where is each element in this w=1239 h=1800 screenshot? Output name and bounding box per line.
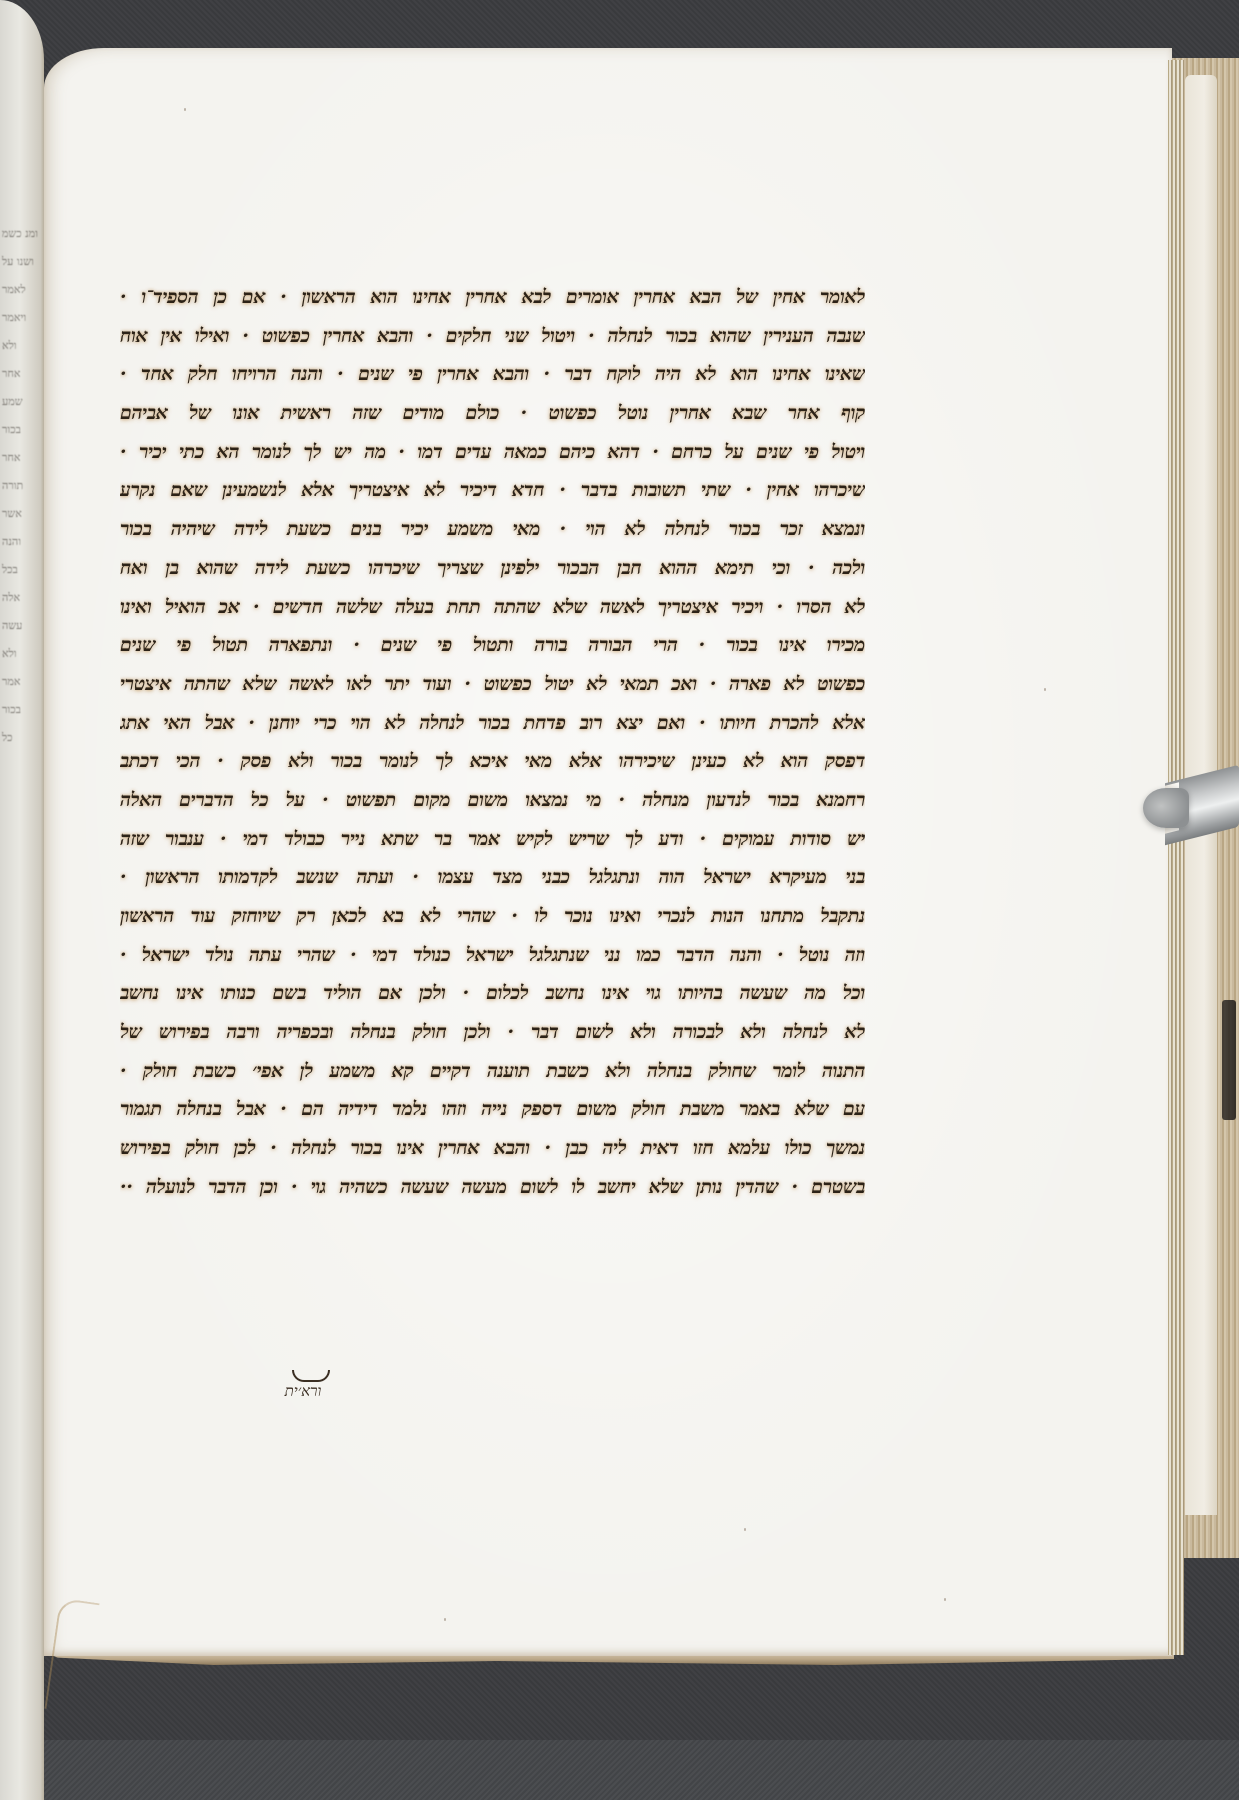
facing-verso-page: ומנ כשמושנו עללאמרויאמרולאאחרשמעבכוראחרת… bbox=[0, 0, 44, 1800]
text-line: בני מעיקרא ישראל הוה ונתגלגל כבני מצד עצ… bbox=[120, 858, 865, 897]
text-line: נתקבל מתחנו הנות לנכרי ואינו נוכר לו · ש… bbox=[120, 897, 865, 936]
text-line: נמשך כולו עלמא חזו דאית ליה כבן · והבא א… bbox=[120, 1129, 865, 1168]
text-line: שיכרהו אחין · שתי תשובות בדבר · חדא דיכי… bbox=[120, 471, 865, 510]
facing-page-line: אחר bbox=[2, 360, 38, 388]
facing-page-line: אמר bbox=[2, 668, 38, 696]
fore-edge-dark-marking bbox=[1222, 1000, 1236, 1120]
text-line: כפשוט לא פארה · ואכ תמאי לא יטול כפשוט ·… bbox=[120, 665, 865, 704]
facing-page-line: בכל bbox=[2, 556, 38, 584]
facing-page-line: אלה bbox=[2, 584, 38, 612]
clip-tip bbox=[1143, 788, 1189, 828]
text-line: לאומר אחין של הבא אחרין אומרים לבא אחרין… bbox=[120, 278, 865, 317]
text-line: וזה נוטל · והנה הדבר כמו נני שנתגלגל ישר… bbox=[120, 936, 865, 975]
cradle-cushion bbox=[0, 1740, 1239, 1800]
catchword-flourish-icon bbox=[292, 1370, 330, 1382]
facing-page-line: עשה bbox=[2, 612, 38, 640]
text-line: ולכה · וכי תימא ההוא חבן הבכור ילפינן שצ… bbox=[120, 549, 865, 588]
text-line: יש סודות עמוקים · ודע לך שריש לקיש אמר ב… bbox=[120, 820, 865, 859]
text-line: שאינו אחינו הוא לא היה לוקח דבר · והבא א… bbox=[120, 355, 865, 394]
text-line: ונמצא זכר בכור לנחלה לא הוי · מאי משמע י… bbox=[120, 510, 865, 549]
facing-page-line: בכור bbox=[2, 416, 38, 444]
text-line: התנוה לומר שחולק בנחלה ולא כשבת תוענה דק… bbox=[120, 1052, 865, 1091]
facing-page-line: ושנו על bbox=[2, 248, 38, 276]
facing-page-line: תורה bbox=[2, 472, 38, 500]
text-line: ויטול פי שנים על כרחם · דהא כיהם כמאה עד… bbox=[120, 433, 865, 472]
facing-page-line: ולא bbox=[2, 332, 38, 360]
text-line: וכל מה שעשה בהיותו גוי אינו נחשב לכלום ·… bbox=[120, 974, 865, 1013]
facing-page-line: ומנ כשמ bbox=[2, 220, 38, 248]
page-leaf-edges bbox=[1168, 60, 1184, 1655]
text-line: לא לנחלה ולא לבכורה ולא לשום דבר · ולכן … bbox=[120, 1013, 865, 1052]
text-line: קוף אחר שבא אחרין נוטל כפשוט · כולם מודי… bbox=[120, 394, 865, 433]
text-line: דפסק הוא לא כעינן שיכירהו אלא מאי איכא ל… bbox=[120, 742, 865, 781]
facing-page-line: אשר bbox=[2, 500, 38, 528]
facing-page-line: לאמר bbox=[2, 276, 38, 304]
page-clip bbox=[1143, 770, 1239, 842]
text-line: מכירו אינו בכור · הרי הבורה בורה ותטול פ… bbox=[120, 626, 865, 665]
text-line: לא הסרו · ויכיר איצטריך לאשה שלא שהתה תח… bbox=[120, 588, 865, 627]
manuscript-text-block: לאומר אחין של הבא אחרין אומרים לבא אחרין… bbox=[120, 278, 865, 1207]
text-line: שנבה הענירין שהוא בכור לנחלה · ויטול שני… bbox=[120, 317, 865, 356]
facing-page-line: והנה bbox=[2, 528, 38, 556]
text-line: רחמנא בכור לנדעון מנחלה · מי נמצאו משום … bbox=[120, 781, 865, 820]
catchword-text: ורא׳ית bbox=[268, 1382, 338, 1400]
facing-page-text: ומנ כשמושנו עללאמרויאמרולאאחרשמעבכוראחרת… bbox=[2, 220, 38, 752]
facing-page-line: ויאמר bbox=[2, 304, 38, 332]
text-line: עם שלא באמר משבת חולק משום דספק נייה וזה… bbox=[120, 1090, 865, 1129]
facing-page-line: ולא bbox=[2, 640, 38, 668]
text-line: בשטרם · שהדין נותן שלא יחשב לו לשום מעשה… bbox=[120, 1168, 865, 1207]
facing-page-line: אחר bbox=[2, 444, 38, 472]
catchword: ורא׳ית bbox=[268, 1370, 338, 1404]
facing-page-line: שמע bbox=[2, 388, 38, 416]
text-line: אלא להכרת חיותו · ואם יצא רוב פדחת בכור … bbox=[120, 704, 865, 743]
facing-page-line: בכור bbox=[2, 696, 38, 724]
facing-page-line: כל bbox=[2, 724, 38, 752]
